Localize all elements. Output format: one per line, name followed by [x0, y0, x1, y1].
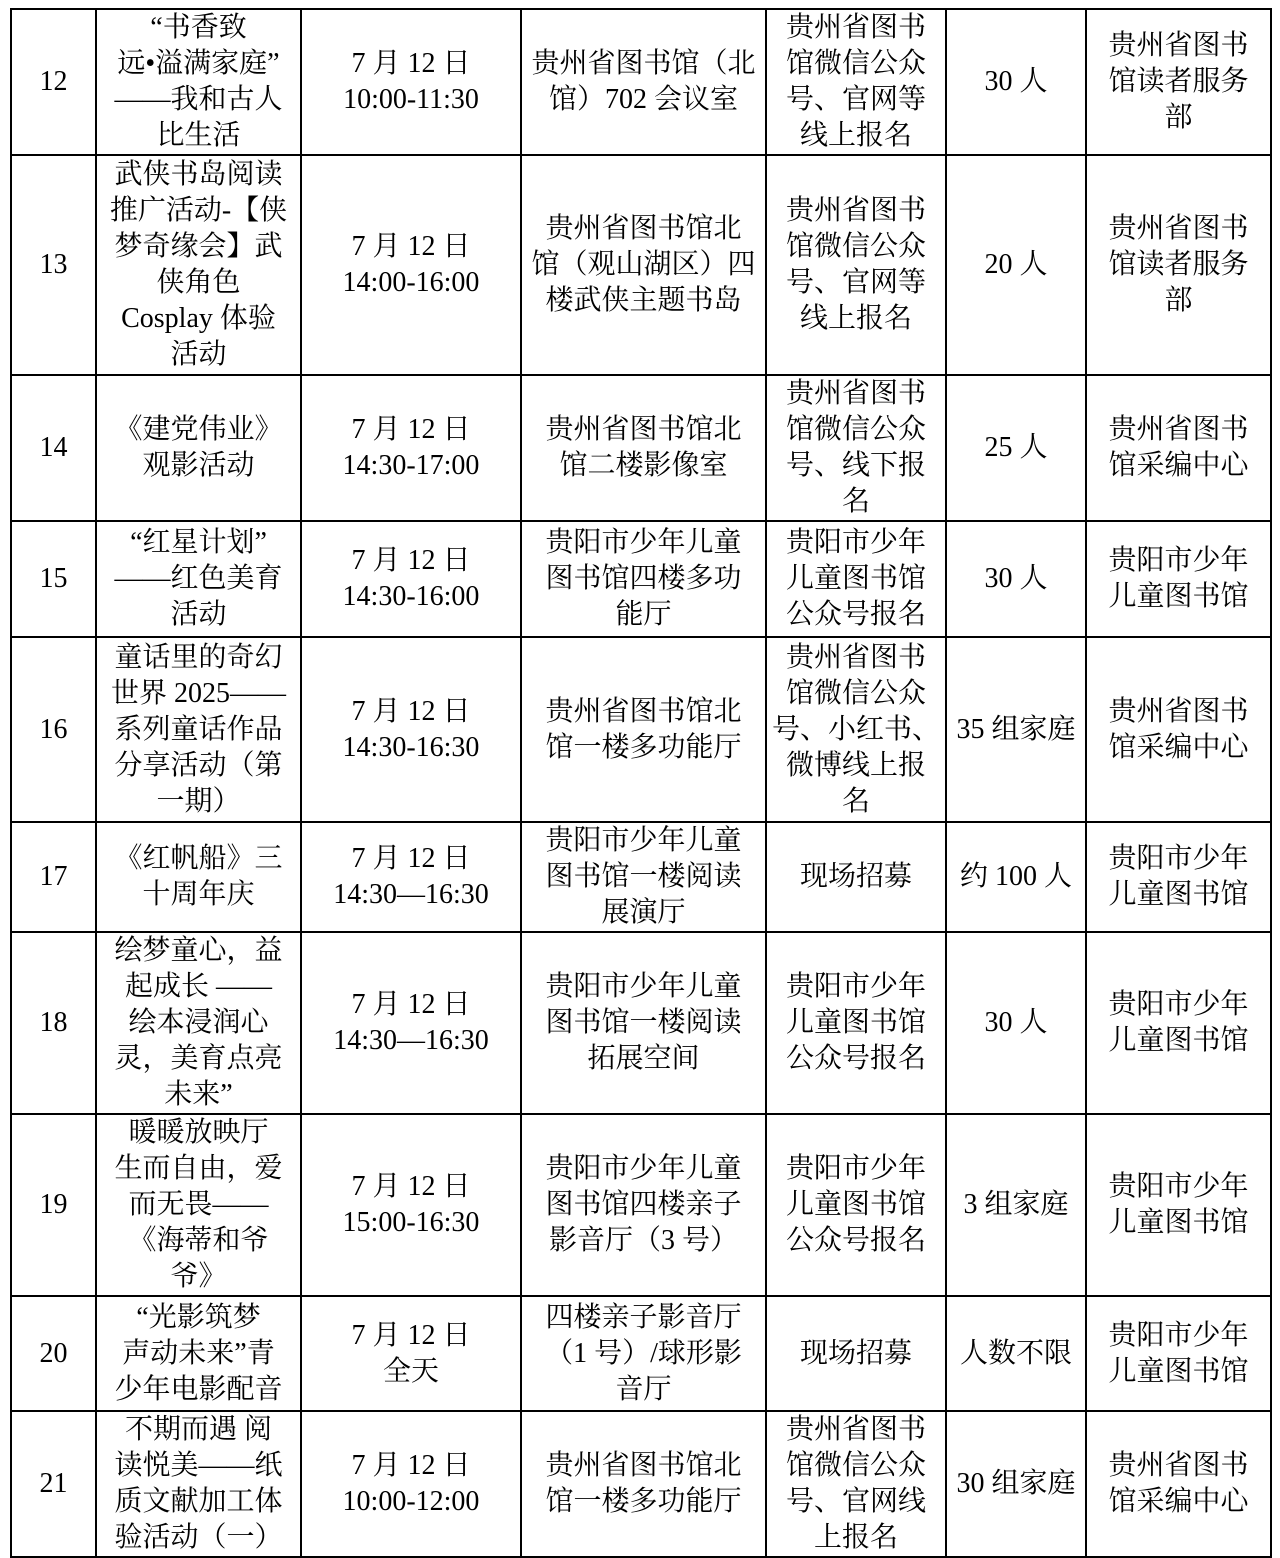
cell-datetime: 7 月 12 日 15:00-16:30 [301, 1114, 521, 1296]
cell-index: 16 [11, 637, 96, 822]
cell-capacity: 35 组家庭 [946, 637, 1086, 822]
cell-location: 贵阳市少年儿童 图书馆四楼多功 能厅 [521, 521, 766, 637]
cell-location: 贵阳市少年儿童 图书馆一楼阅读 拓展空间 [521, 932, 766, 1114]
cell-registration: 贵阳市少年 儿童图书馆 公众号报名 [766, 521, 946, 637]
cell-datetime: 7 月 12 日 全天 [301, 1296, 521, 1411]
table-row: 15 “红星计划” ——红色美育 活动 7 月 12 日 14:30-16:00… [11, 521, 1271, 637]
cell-index: 12 [11, 9, 96, 155]
table-row: 19 暖暖放映厅 生而自由，爱 而无畏—— 《海蒂和爷 爷》 7 月 12 日 … [11, 1114, 1271, 1296]
cell-datetime: 7 月 12 日 10:00-11:30 [301, 9, 521, 155]
table-row: 14 《建党伟业》 观影活动 7 月 12 日 14:30-17:00 贵州省图… [11, 375, 1271, 521]
table-row: 18 绘梦童心，益 起成长 —— 绘本浸润心 灵，美育点亮 未来” 7 月 12… [11, 932, 1271, 1114]
table-row: 20 “光影筑梦 声动未来”青 少年电影配音 7 月 12 日 全天 四楼亲子影… [11, 1296, 1271, 1411]
cell-activity: 《红帆船》三 十周年庆 [96, 822, 301, 932]
cell-capacity: 30 人 [946, 9, 1086, 155]
cell-location: 四楼亲子影音厅 （1 号）/球形影 音厅 [521, 1296, 766, 1411]
cell-datetime: 7 月 12 日 14:30-16:30 [301, 637, 521, 822]
cell-organizer: 贵州省图书 馆读者服务 部 [1086, 155, 1271, 375]
cell-activity: 不期而遇 阅 读悦美——纸 质文献加工体 验活动（一） [96, 1411, 301, 1557]
cell-index: 21 [11, 1411, 96, 1557]
cell-registration: 现场招募 [766, 822, 946, 932]
cell-capacity: 20 人 [946, 155, 1086, 375]
cell-index: 18 [11, 932, 96, 1114]
cell-capacity: 约 100 人 [946, 822, 1086, 932]
cell-capacity: 30 人 [946, 932, 1086, 1114]
cell-activity: 暖暖放映厅 生而自由，爱 而无畏—— 《海蒂和爷 爷》 [96, 1114, 301, 1296]
cell-organizer: 贵阳市少年 儿童图书馆 [1086, 932, 1271, 1114]
cell-activity: 《建党伟业》 观影活动 [96, 375, 301, 521]
cell-datetime: 7 月 12 日 14:30-16:00 [301, 521, 521, 637]
cell-registration: 贵州省图书 馆微信公众 号、官网等 线上报名 [766, 155, 946, 375]
cell-activity: “光影筑梦 声动未来”青 少年电影配音 [96, 1296, 301, 1411]
events-table: 12 “书香致 远•溢满家庭” ——我和古人 比生活 7 月 12 日 10:0… [10, 8, 1272, 1558]
cell-organizer: 贵州省图书 馆采编中心 [1086, 1411, 1271, 1557]
cell-organizer: 贵州省图书 馆读者服务 部 [1086, 9, 1271, 155]
cell-registration: 贵州省图书 馆微信公众 号、小红书、 微博线上报 名 [766, 637, 946, 822]
table-row: 17 《红帆船》三 十周年庆 7 月 12 日 14:30—16:30 贵阳市少… [11, 822, 1271, 932]
cell-organizer: 贵州省图书 馆采编中心 [1086, 375, 1271, 521]
table-row: 16 童话里的奇幻 世界 2025—— 系列童话作品 分享活动（第 一期） 7 … [11, 637, 1271, 822]
cell-capacity: 30 人 [946, 521, 1086, 637]
cell-registration: 贵州省图书 馆微信公众 号、线下报 名 [766, 375, 946, 521]
table-row: 12 “书香致 远•溢满家庭” ——我和古人 比生活 7 月 12 日 10:0… [11, 9, 1271, 155]
cell-datetime: 7 月 12 日 14:30—16:30 [301, 932, 521, 1114]
cell-location: 贵阳市少年儿童 图书馆一楼阅读 展演厅 [521, 822, 766, 932]
cell-organizer: 贵阳市少年 儿童图书馆 [1086, 822, 1271, 932]
cell-registration: 贵阳市少年 儿童图书馆 公众号报名 [766, 932, 946, 1114]
table-row: 21 不期而遇 阅 读悦美——纸 质文献加工体 验活动（一） 7 月 12 日 … [11, 1411, 1271, 1557]
cell-capacity: 25 人 [946, 375, 1086, 521]
cell-location: 贵州省图书馆北 馆二楼影像室 [521, 375, 766, 521]
cell-organizer: 贵阳市少年 儿童图书馆 [1086, 521, 1271, 637]
cell-activity: 童话里的奇幻 世界 2025—— 系列童话作品 分享活动（第 一期） [96, 637, 301, 822]
cell-datetime: 7 月 12 日 14:00-16:00 [301, 155, 521, 375]
cell-location: 贵州省图书馆北 馆一楼多功能厅 [521, 637, 766, 822]
cell-index: 15 [11, 521, 96, 637]
cell-capacity: 30 组家庭 [946, 1411, 1086, 1557]
cell-activity: “书香致 远•溢满家庭” ——我和古人 比生活 [96, 9, 301, 155]
cell-organizer: 贵阳市少年 儿童图书馆 [1086, 1114, 1271, 1296]
cell-organizer: 贵阳市少年 儿童图书馆 [1086, 1296, 1271, 1411]
cell-index: 17 [11, 822, 96, 932]
cell-datetime: 7 月 12 日 14:30—16:30 [301, 822, 521, 932]
cell-index: 19 [11, 1114, 96, 1296]
cell-datetime: 7 月 12 日 10:00-12:00 [301, 1411, 521, 1557]
table-row: 13 武侠书岛阅读 推广活动-【侠 梦奇缘会】武 侠角色 Cosplay 体验 … [11, 155, 1271, 375]
cell-activity: “红星计划” ——红色美育 活动 [96, 521, 301, 637]
cell-location: 贵阳市少年儿童 图书馆四楼亲子 影音厅（3 号） [521, 1114, 766, 1296]
cell-registration: 贵州省图书 馆微信公众 号、官网等 线上报名 [766, 9, 946, 155]
cell-capacity: 人数不限 [946, 1296, 1086, 1411]
cell-activity: 绘梦童心，益 起成长 —— 绘本浸润心 灵，美育点亮 未来” [96, 932, 301, 1114]
cell-index: 14 [11, 375, 96, 521]
cell-location: 贵州省图书馆北 馆（观山湖区）四 楼武侠主题书岛 [521, 155, 766, 375]
cell-activity: 武侠书岛阅读 推广活动-【侠 梦奇缘会】武 侠角色 Cosplay 体验 活动 [96, 155, 301, 375]
cell-registration: 现场招募 [766, 1296, 946, 1411]
cell-organizer: 贵州省图书 馆采编中心 [1086, 637, 1271, 822]
cell-index: 13 [11, 155, 96, 375]
cell-index: 20 [11, 1296, 96, 1411]
cell-registration: 贵阳市少年 儿童图书馆 公众号报名 [766, 1114, 946, 1296]
cell-location: 贵州省图书馆北 馆一楼多功能厅 [521, 1411, 766, 1557]
cell-location: 贵州省图书馆（北 馆）702 会议室 [521, 9, 766, 155]
cell-capacity: 3 组家庭 [946, 1114, 1086, 1296]
cell-datetime: 7 月 12 日 14:30-17:00 [301, 375, 521, 521]
cell-registration: 贵州省图书 馆微信公众 号、官网线 上报名 [766, 1411, 946, 1557]
